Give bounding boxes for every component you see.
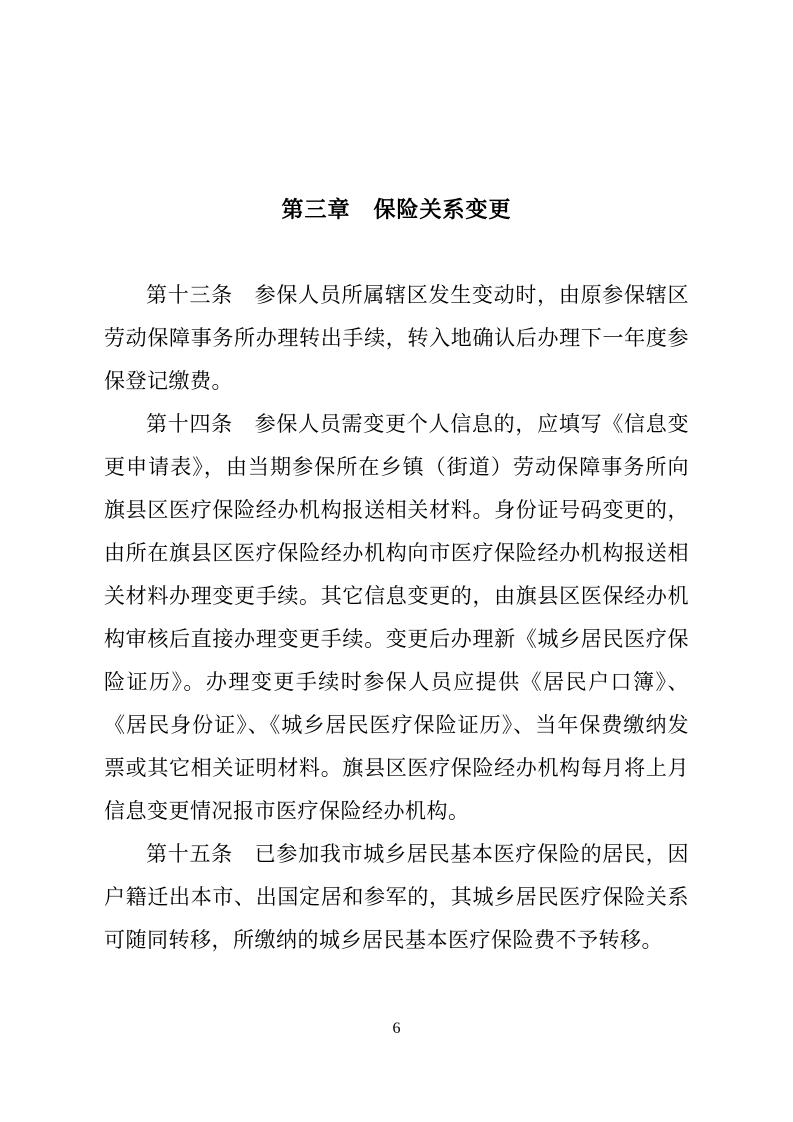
article-13-paragraph: 第十三条 参保人员所属辖区发生变动时，由原参保辖区劳动保障事务所办理转出手续，转…	[104, 274, 689, 403]
document-body: 第十三条 参保人员所属辖区发生变动时，由原参保辖区劳动保障事务所办理转出手续，转…	[104, 274, 689, 962]
chapter-heading: 第三章 保险关系变更	[104, 188, 689, 231]
article-15-paragraph: 第十五条 已参加我市城乡居民基本医疗保险的居民，因户籍迁出本市、出国定居和参军的…	[104, 833, 689, 962]
article-14-paragraph: 第十四条 参保人员需变更个人信息的，应填写《信息变更申请表》，由当期参保所在乡镇…	[104, 403, 689, 833]
page-number: 6	[0, 1018, 793, 1040]
document-page: 第三章 保险关系变更 第十三条 参保人员所属辖区发生变动时，由原参保辖区劳动保障…	[0, 0, 793, 1122]
